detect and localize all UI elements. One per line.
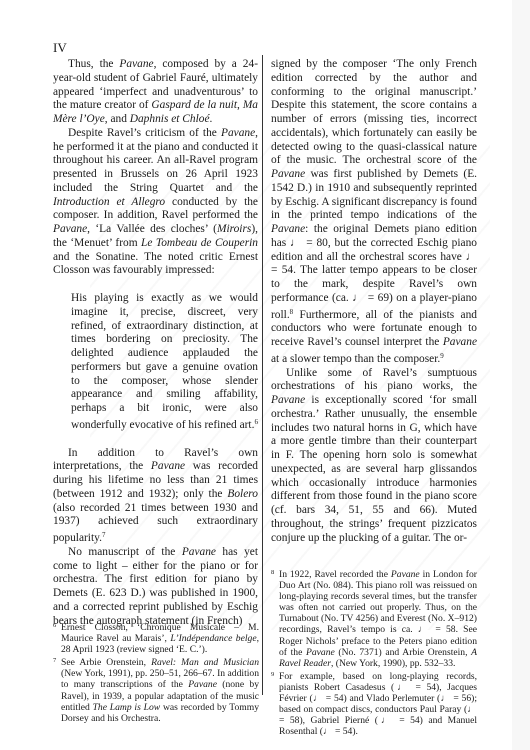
left-column: Thus, the Pavane, composed by a 24-year-… [53, 58, 258, 628]
footnote-text: Ernest Closson, ‘Chronique Musicale – M.… [61, 622, 259, 655]
footnote-marker: 6 [53, 620, 61, 631]
footnote-marker: 8 [271, 567, 279, 578]
footnotes-right: 8In 1922, Ravel recorded the Pavane in L… [271, 567, 477, 737]
footnote-text: See Arbie Orenstein, Ravel: Man and Musi… [61, 657, 259, 723]
footnote-marker: 9 [271, 669, 279, 680]
footnote-text: In 1922, Ravel recorded the Pavane in Lo… [279, 569, 477, 669]
footnote-text: For example, based on long-playing recor… [279, 671, 477, 737]
paragraph: signed by the composer ‘The only French … [271, 58, 477, 367]
footnote-marker: 7 [53, 655, 61, 666]
footnote-8: 8In 1922, Ravel recorded the Pavane in L… [271, 567, 477, 669]
page-number: IV [53, 40, 67, 56]
paragraph: No manuscript of the Pavane has yet come… [53, 546, 258, 629]
paragraph: In addition to Ravel’s own interpretatio… [53, 447, 258, 546]
right-column: signed by the composer ‘The only French … [271, 58, 477, 545]
paragraph: Despite Ravel’s criticism of the Pavane,… [53, 127, 258, 278]
page-edge-shadow [512, 0, 530, 750]
footnote-9: 9For example, based on long-playing reco… [271, 669, 477, 738]
paragraph: Unlike some of Ravel’s sumptuous orchest… [271, 367, 477, 546]
block-quote: His playing is exactly as we would imagi… [71, 292, 258, 433]
footnote-7: 7See Arbie Orenstein, Ravel: Man and Mus… [53, 655, 259, 724]
footnote-6: 6Ernest Closson, ‘Chronique Musicale – M… [53, 620, 259, 655]
footnotes-left: 6Ernest Closson, ‘Chronique Musicale – M… [53, 620, 259, 724]
quote-text: His playing is exactly as we would imagi… [71, 292, 258, 433]
column-divider [262, 55, 263, 695]
paragraph: Thus, the Pavane, composed by a 24-year-… [53, 58, 258, 127]
